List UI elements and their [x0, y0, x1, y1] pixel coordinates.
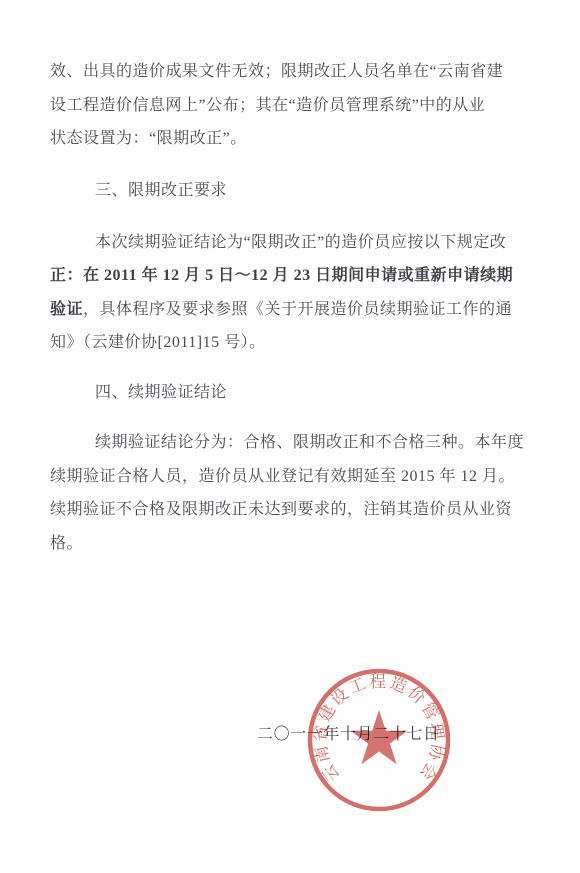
text-segment: ，具体程序及要求参照《关于开展造价员续期验证工作的通: [83, 301, 512, 318]
text-line: 效、出具的造价成果文件无效；限期改正人员名单在“云南省建: [50, 55, 530, 89]
document-body: 效、出具的造价成果文件无效；限期改正人员名单在“云南省建 设工程造价信息网上”公…: [50, 55, 530, 560]
text-line: 格。: [50, 527, 530, 561]
document-date: 二〇一一年十月二十七日: [257, 721, 440, 744]
text-line: 知》（云建价协[2011]15 号）。: [50, 326, 530, 360]
paragraph-correction-requirements: 本次续期验证结论为“限期改正”的造价员应按以下规定改 正：在 2011 年 12…: [50, 226, 530, 360]
text-line: 本次续期验证结论为“限期改正”的造价员应按以下规定改: [50, 226, 530, 260]
section-heading-4: 四、续期验证结论: [50, 376, 530, 410]
text-line: 续期验证合格人员，造价员从业登记有效期延至 2015 年 12 月。: [50, 460, 530, 494]
text-segment-bold: 验证: [50, 301, 83, 318]
text-line: 状态设置为：“限期改正”。: [50, 122, 530, 156]
text-line: 验证，具体程序及要求参照《关于开展造价员续期验证工作的通: [50, 293, 530, 327]
scanned-document-page: 效、出具的造价成果文件无效；限期改正人员名单在“云南省建 设工程造价信息网上”公…: [0, 0, 580, 873]
text-line: 设工程造价信息网上”公布；其在“造价员管理系统”中的从业: [50, 89, 530, 123]
text-line: 续期验证结论分为：合格、限期改正和不合格三种。本年度: [50, 426, 530, 460]
text-line-bold: 正：在 2011 年 12 月 5 日～12 月 23 日期间申请或重新申请续期: [50, 259, 530, 293]
paragraph-intro-continuation: 效、出具的造价成果文件无效；限期改正人员名单在“云南省建 设工程造价信息网上”公…: [50, 55, 530, 156]
paragraph-verification-conclusion: 续期验证结论分为：合格、限期改正和不合格三种。本年度 续期验证合格人员，造价员从…: [50, 426, 530, 560]
text-line: 续期验证不合格及限期改正未达到要求的，注销其造价员从业资: [50, 493, 530, 527]
section-heading-3: 三、限期改正要求: [50, 174, 530, 208]
